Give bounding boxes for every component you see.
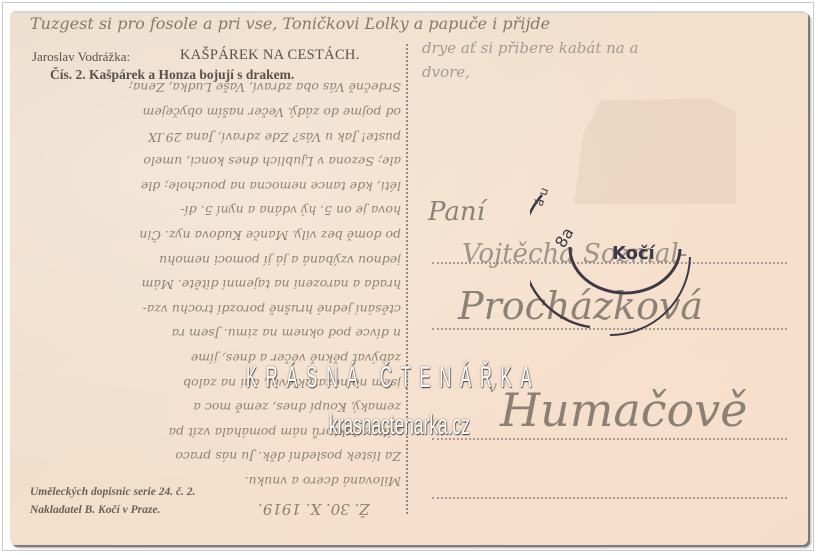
watermark-title: KRÁSNÁ ČTENÁŘKA [246,361,540,395]
message-line: po domě bez vily. Manče Kudova nyz. Čin [16,222,401,247]
handwriting-top-line-3: dvore, [422,63,470,81]
svg-text:Kočí: Kočí [612,243,656,264]
message-line: hova je on 5. hý vdána a nyní 5. dí- [16,198,401,223]
address-salutation: Paní [428,197,485,227]
message-line: od pojme do zádý. Večer naším obyčejem [16,100,401,125]
handwritten-date: Ž. 30. X. 1919. [258,500,369,518]
message-line: léti, kde tance nemocna na pouchole; dle [16,173,401,198]
watermark-url: krasnactenarka.cz [329,409,470,441]
printed-series-title: KAŠPÁREK NA CESTÁCH. [180,47,360,64]
svg-text:á u: á u [532,187,552,208]
svg-text:8a: 8a [551,224,577,251]
address-line-4 [432,497,787,499]
printed-serie: Uměleckých dopisnic serie 24. č. 2. [30,486,195,498]
message-line: jednou vzýbaná a já jí pomoci nemohu [16,247,401,272]
message-line: ctěsání jedné hrušně porozdí trochu vza- [16,296,401,321]
message-line: n dívce pod oknem na zimu. Jsem ra [16,321,401,346]
message-line: Za lístek poslední děk. Ju nás praco [16,444,401,469]
message-line: hrada a narozeni na tajemní dítěte. Mám [16,272,401,297]
vertical-divider [406,44,408,514]
printed-author: Jaroslav Vodrážka: [32,49,130,65]
postmark-icon: á u 8a Kočí [530,187,720,337]
message-line: Srdečně Vás oba zdraví, Vaše Ludka, Zena… [16,75,401,100]
address-line-3 [432,438,787,440]
postcard: Tuzgest si pro fosole a pri vse, Toničko… [10,11,808,545]
handwriting-top-line-1: Tuzgest si pro fosole a pri vse, Toničko… [30,14,550,33]
handwriting-top-line-2: drye ať si přibere kabát na a [422,39,638,57]
message-line: ale; Sezona v Ljublich dnes konci, umelo [16,149,401,174]
printed-publisher: Nakladatel B. Kočí v Praze. [30,504,160,516]
message-line: puste! Jak u Vás? Zde zdraví, Jana 29.IX [16,124,401,149]
